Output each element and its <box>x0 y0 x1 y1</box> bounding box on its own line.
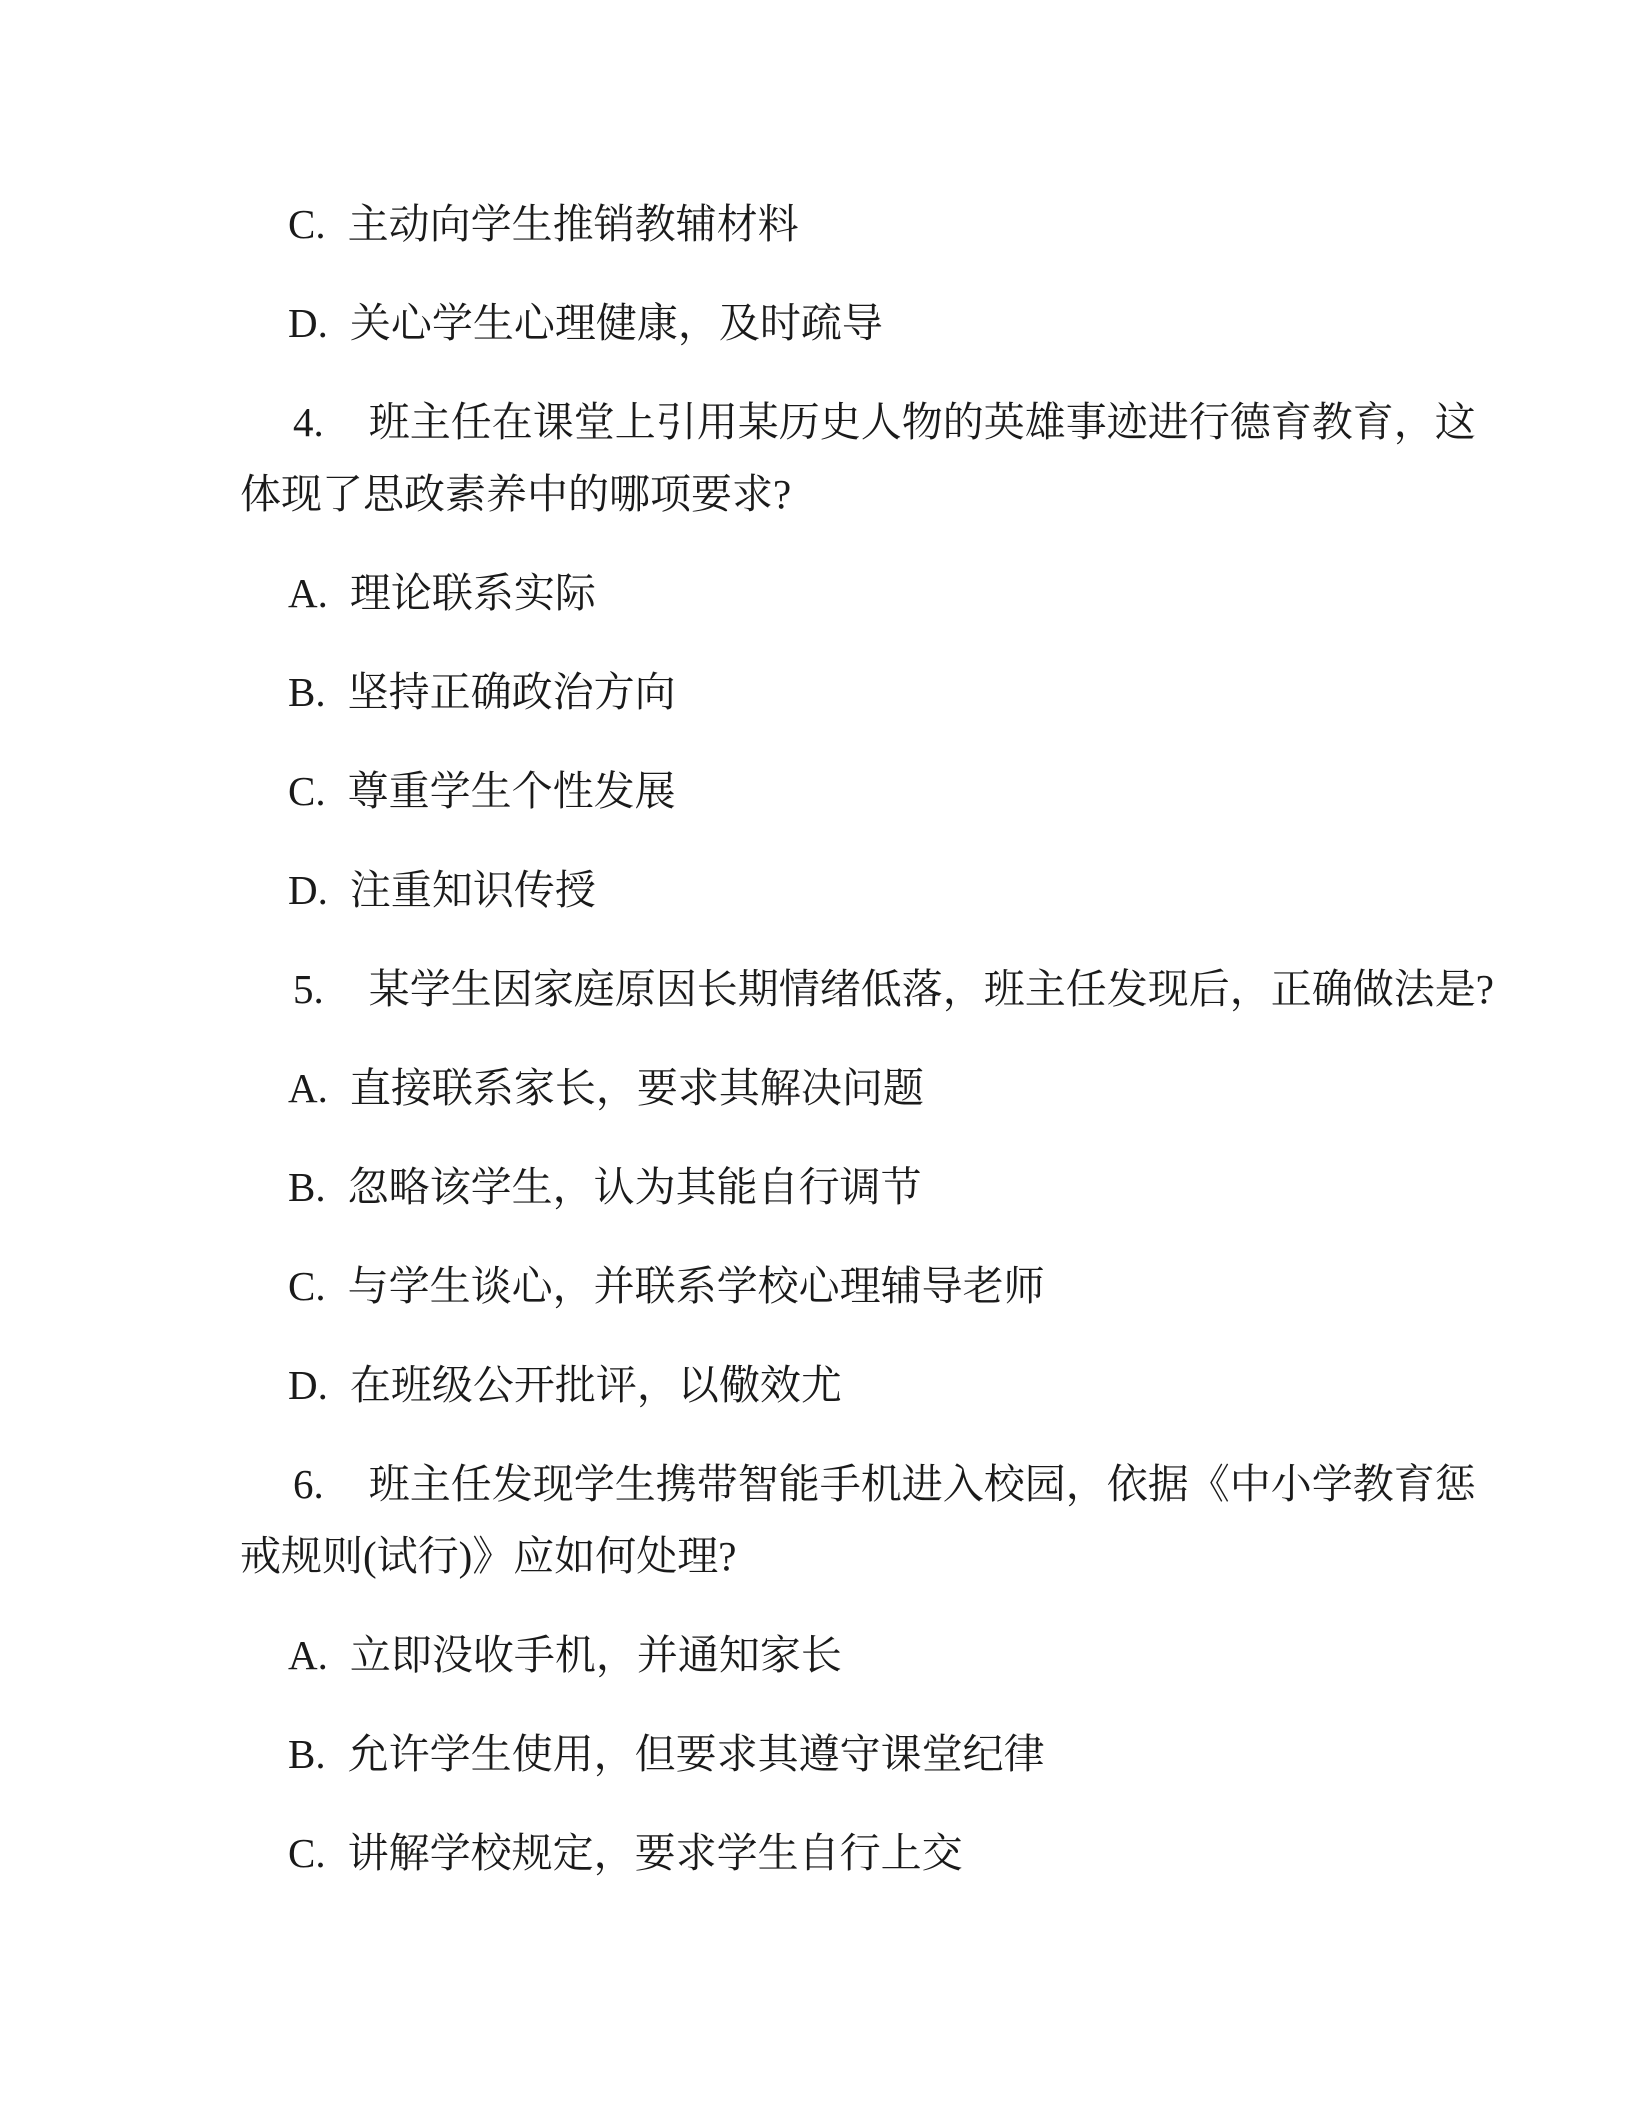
option-text: 主动向学生推销教辅材料 <box>348 201 799 247</box>
option-line: D.在班级公开批评，以儆效尤 <box>240 1349 1390 1421</box>
option-line: C.讲解学校规定，要求学生自行上交 <box>240 1817 1390 1889</box>
option-line: D.关心学生心理健康，及时疏导 <box>240 287 1390 359</box>
option-text: 关心学生心理健康，及时疏导 <box>350 300 883 346</box>
option-line: D.注重知识传授 <box>240 854 1390 926</box>
option-line: C.主动向学生推销教辅材料 <box>240 188 1390 260</box>
option-text: 坚持正确政治方向 <box>348 669 676 715</box>
question-paragraph: 6.班主任发现学生携带智能手机进入校园，依据《中小学教育惩 戒规则(试行)》应如… <box>240 1448 1390 1592</box>
question-number: 4. <box>293 386 324 458</box>
option-line: C.尊重学生个性发展 <box>240 755 1390 827</box>
question-number: 6. <box>293 1448 324 1520</box>
option-label: B. <box>288 656 326 728</box>
option-line: C.与学生谈心，并联系学校心理辅导老师 <box>240 1250 1390 1322</box>
option-label: B. <box>288 1151 326 1223</box>
option-text: 忽略该学生，认为其能自行调节 <box>348 1164 922 1210</box>
option-label: D. <box>288 287 328 359</box>
question-number: 5. <box>293 953 324 1025</box>
option-text: 注重知识传授 <box>350 867 596 913</box>
option-label: C. <box>288 755 326 827</box>
option-text: 直接联系家长，要求其解决问题 <box>350 1065 924 1111</box>
question-stem-line: 某学生因家庭原因长期情绪低落，班主任发现后，正确做法是? <box>369 966 1494 1012</box>
option-line: B.允许学生使用，但要求其遵守课堂纪律 <box>240 1718 1390 1790</box>
option-line: A.立即没收手机，并通知家长 <box>240 1619 1390 1691</box>
text-block: C.主动向学生推销教辅材料 D.关心学生心理健康，及时疏导 4.班主任在课堂上引… <box>240 188 1390 1916</box>
option-label: D. <box>288 854 328 926</box>
option-text: 允许学生使用，但要求其遵守课堂纪律 <box>348 1731 1045 1777</box>
option-text: 立即没收手机，并通知家长 <box>350 1632 842 1678</box>
question-stem-line: 体现了思政素养中的哪项要求? <box>240 471 791 517</box>
option-line: A.直接联系家长，要求其解决问题 <box>240 1052 1390 1124</box>
option-text: 在班级公开批评，以儆效尤 <box>350 1362 842 1408</box>
option-text: 理论联系实际 <box>350 570 596 616</box>
option-label: B. <box>288 1718 326 1790</box>
option-label: C. <box>288 1817 326 1889</box>
option-label: A. <box>288 557 328 629</box>
option-text: 尊重学生个性发展 <box>348 768 676 814</box>
question-stem-line: 班主任在课堂上引用某历史人物的英雄事迹进行德育教育，这 <box>369 399 1476 445</box>
option-text: 与学生谈心，并联系学校心理辅导老师 <box>348 1263 1045 1309</box>
option-label: D. <box>288 1349 328 1421</box>
option-label: A. <box>288 1619 328 1691</box>
question-stem-line: 戒规则(试行)》应如何处理? <box>240 1533 737 1579</box>
option-line: A.理论联系实际 <box>240 557 1390 629</box>
option-label: C. <box>288 188 326 260</box>
option-label: A. <box>288 1052 328 1124</box>
option-line: B.忽略该学生，认为其能自行调节 <box>240 1151 1390 1223</box>
question-stem-line: 班主任发现学生携带智能手机进入校园，依据《中小学教育惩 <box>369 1461 1476 1507</box>
question-paragraph: 5.某学生因家庭原因长期情绪低落，班主任发现后，正确做法是? <box>240 953 1390 1025</box>
option-label: C. <box>288 1250 326 1322</box>
option-text: 讲解学校规定，要求学生自行上交 <box>348 1830 963 1876</box>
document-page: C.主动向学生推销教辅材料 D.关心学生心理健康，及时疏导 4.班主任在课堂上引… <box>0 0 1631 2112</box>
question-paragraph: 4.班主任在课堂上引用某历史人物的英雄事迹进行德育教育，这 体现了思政素养中的哪… <box>240 386 1390 530</box>
option-line: B.坚持正确政治方向 <box>240 656 1390 728</box>
